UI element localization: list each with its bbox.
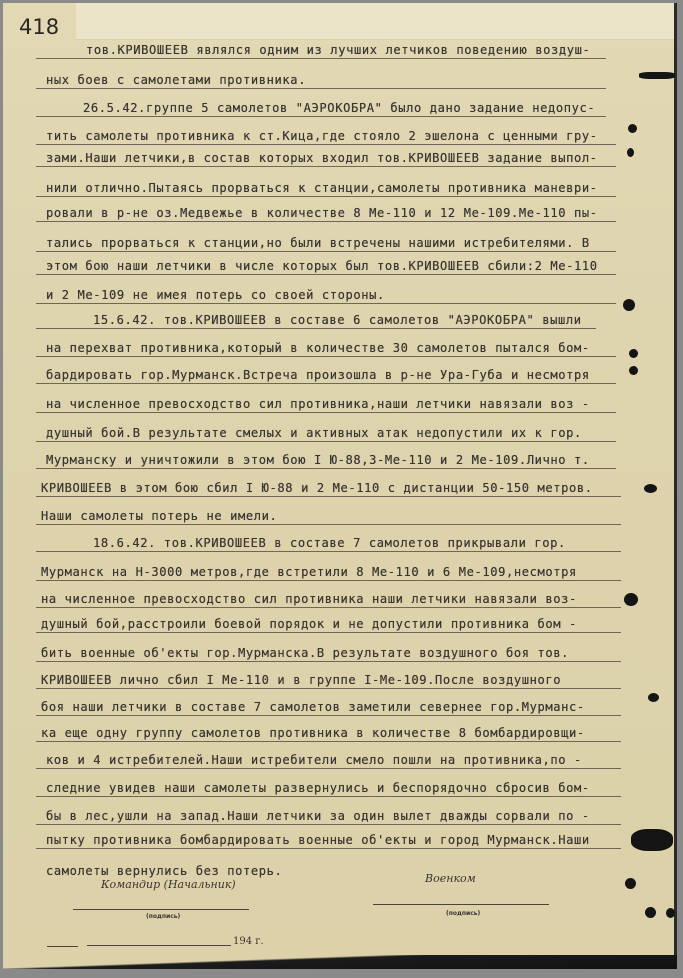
typed-line: бардировать гор.Мурманск.Встреча произош…	[46, 368, 590, 382]
ruled-line	[36, 328, 596, 329]
ruled-line	[36, 144, 616, 145]
ruled-line	[36, 768, 621, 769]
ruled-line	[36, 607, 621, 608]
typed-line: и 2 Ме-109 не имея потерь со своей сторо…	[46, 288, 385, 302]
date-month-line[interactable]	[87, 945, 231, 946]
ruled-line	[36, 116, 606, 117]
typed-line: этом бою наши летчики в числе которых бы…	[46, 259, 598, 273]
commander-signature-caption: (подпись)	[146, 913, 180, 920]
typed-line: ка еще одну группу самолетов противника …	[41, 726, 585, 740]
ruled-line	[36, 58, 606, 59]
typed-line: Наши самолеты потерь не имели.	[41, 509, 277, 523]
ruled-line	[36, 661, 621, 662]
scan-frame: 418 тов.КРИВОШЕЕВ являлся одним из лучши…	[0, 0, 683, 978]
ruled-line	[36, 688, 621, 689]
typed-line: тить самолеты противника к ст.Кица,где с…	[46, 129, 598, 143]
ruled-line	[36, 551, 621, 552]
punch-hole-icon	[666, 908, 675, 918]
ruled-line	[36, 496, 621, 497]
commissar-signature-line[interactable]	[373, 904, 549, 905]
punch-hole-icon	[627, 148, 634, 157]
typed-line: пытку противника бомбардировать военные …	[46, 833, 590, 847]
commander-label: Командир (Начальник)	[101, 878, 236, 891]
typed-line: КРИВОШЕЕВ лично сбил I Ме-110 и в группе…	[41, 673, 561, 687]
ruled-line	[36, 848, 621, 849]
typed-line: Мурманск на Н-3000 метров,где встретили …	[41, 565, 577, 579]
typed-line: на численное превосходство сил противник…	[41, 592, 577, 606]
typed-line: боя наши летчики в составе 7 самолетов з…	[41, 700, 585, 714]
date-day-line[interactable]	[47, 946, 78, 947]
document-body: тов.КРИВОШЕЕВ являлся одним из лучших ле…	[3, 3, 677, 969]
ruled-line	[36, 356, 616, 357]
date-year: 194 г.	[233, 936, 264, 947]
typed-line: 15.6.42. тов.КРИВОШЕЕВ в составе 6 самол…	[93, 313, 582, 327]
punch-hole-icon	[629, 349, 638, 358]
ruled-line	[36, 632, 621, 633]
ruled-line	[36, 715, 621, 716]
typed-line: тов.КРИВОШЕЕВ являлся одним из лучших ле…	[86, 43, 590, 57]
ruled-line	[36, 274, 616, 275]
typed-line: Мурманску и уничтожили в этом бою I Ю-88…	[46, 453, 590, 467]
typed-line: ровали в р-не оз.Медвежье в количестве 8…	[46, 206, 598, 220]
ruled-line	[36, 251, 616, 252]
typed-line: нили отлично.Пытаясь прорваться к станци…	[46, 181, 598, 195]
typed-line: бы в лес,ушли на запад.Наши летчики за о…	[46, 809, 590, 823]
typed-line: на перехват противника,который в количес…	[46, 341, 590, 355]
typed-line: душный бой,расстроили боевой порядок и н…	[41, 617, 577, 631]
punch-hole-icon	[631, 829, 673, 851]
ruled-line	[36, 741, 621, 742]
ruled-line	[36, 796, 621, 797]
typed-line: КРИВОШЕЕВ в этом бою сбил I Ю-88 и 2 Ме-…	[41, 481, 593, 495]
punch-hole-icon	[648, 693, 659, 702]
punch-hole-icon	[629, 366, 638, 375]
typed-line: тались прорваться к станции,но были встр…	[46, 236, 590, 250]
typed-line: на численное превосходство сил противник…	[46, 397, 590, 411]
punch-hole-icon	[639, 72, 675, 79]
ruled-line	[36, 383, 616, 384]
typed-line: следние увидев наши самолеты развернулис…	[46, 781, 590, 795]
ruled-line	[36, 580, 621, 581]
ruled-line	[36, 221, 616, 222]
typed-line: душный бой.В результате смелых и активны…	[46, 426, 582, 440]
ruled-line	[36, 824, 621, 825]
ruled-line	[36, 524, 621, 525]
typed-line: ных боев с самолетами противника.	[46, 73, 306, 87]
punch-hole-icon	[623, 299, 635, 311]
ruled-line	[36, 441, 616, 442]
punch-hole-icon	[624, 593, 638, 606]
ruled-line	[36, 303, 616, 304]
typed-line: 26.5.42.группе 5 самолетов "АЭРОКОБРА" б…	[83, 101, 595, 115]
ruled-line	[36, 196, 616, 197]
typed-line: зами.Наши летчики,в состав которых входи…	[46, 151, 598, 165]
punch-hole-icon	[628, 124, 637, 133]
document-page: 418 тов.КРИВОШЕЕВ являлся одним из лучши…	[3, 3, 677, 969]
ruled-line	[36, 88, 606, 89]
commander-signature-line[interactable]	[73, 909, 249, 910]
punch-hole-icon	[645, 907, 656, 918]
commissar-label: Военком	[425, 872, 476, 885]
ruled-line	[36, 412, 616, 413]
punch-hole-icon	[625, 878, 636, 889]
typed-line: бить военные об'екты гор.Мурманска.В рез…	[41, 646, 569, 660]
punch-hole-icon	[644, 484, 657, 493]
typed-line: 18.6.42. тов.КРИВОШЕЕВ в составе 7 самол…	[93, 536, 566, 550]
ruled-line	[36, 468, 616, 469]
ruled-line	[36, 166, 616, 167]
commissar-signature-caption: (подпись)	[446, 910, 480, 917]
typed-line: ков и 4 истребителей.Наши истребители см…	[46, 753, 582, 767]
typed-line: самолеты вернулись без потерь.	[46, 864, 282, 878]
